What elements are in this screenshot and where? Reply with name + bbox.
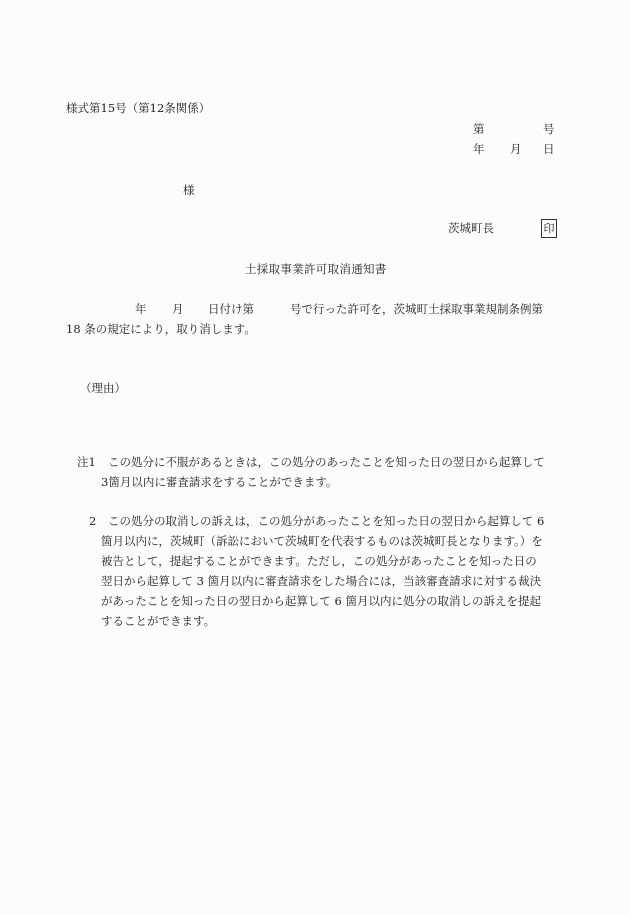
reason-label: （理由） bbox=[80, 381, 126, 395]
issuer-name: 茨城町長 bbox=[448, 221, 494, 235]
note-2-line-6: することができます。 bbox=[101, 614, 215, 628]
body-year: 年 bbox=[135, 302, 147, 316]
note-2-line-4: 翌日から起算して 3 箇月以内に審査請求をした場合には，当該審査請求に対する裁決 bbox=[101, 574, 541, 588]
date-year: 年 bbox=[473, 142, 485, 156]
addressee-suffix: 様 bbox=[183, 183, 195, 197]
note-2-line-3: 被告として，提起することができます。ただし，この処分があったことを知った日の bbox=[101, 554, 537, 568]
body-line-2: 18 条の規定により，取り消します。 bbox=[66, 322, 256, 336]
body-dated: 日付け第 bbox=[208, 302, 254, 316]
body-month: 月 bbox=[172, 302, 184, 316]
number-suffix: 号 bbox=[543, 122, 555, 136]
note-2-line-2: 箇月以内に，茨城町（訴訟において茨城町を代表するものは茨城町長となります。）を bbox=[101, 534, 543, 548]
form-label: 様式第15号（第12条関係） bbox=[66, 101, 210, 115]
note-2-label: 2 bbox=[89, 514, 96, 528]
body-rest: 号で行った許可を，茨城町土採取事業規制条例第 bbox=[290, 302, 543, 316]
document-title: 土採取事業許可取消通知書 bbox=[245, 262, 387, 276]
seal-mark: 印 bbox=[541, 219, 557, 238]
note-1-line-1: この処分に不服があるときは，この処分のあったことを知った日の翌日から起算して bbox=[108, 455, 545, 469]
note-2-line-5: があったことを知った日の翌日から起算して 6 箇月以内に処分の取消しの訴えを提起 bbox=[101, 594, 541, 608]
number-prefix: 第 bbox=[473, 122, 485, 136]
note-1-line-2: 3箇月以内に審査請求をすることができます。 bbox=[101, 475, 337, 489]
date-day: 日 bbox=[543, 142, 555, 156]
note-1-label: 注1 bbox=[77, 455, 96, 469]
note-2-line-1: この処分の取消しの訴えは，この処分があったことを知った日の翌日から起算して 6 bbox=[108, 514, 544, 528]
date-month: 月 bbox=[510, 142, 522, 156]
